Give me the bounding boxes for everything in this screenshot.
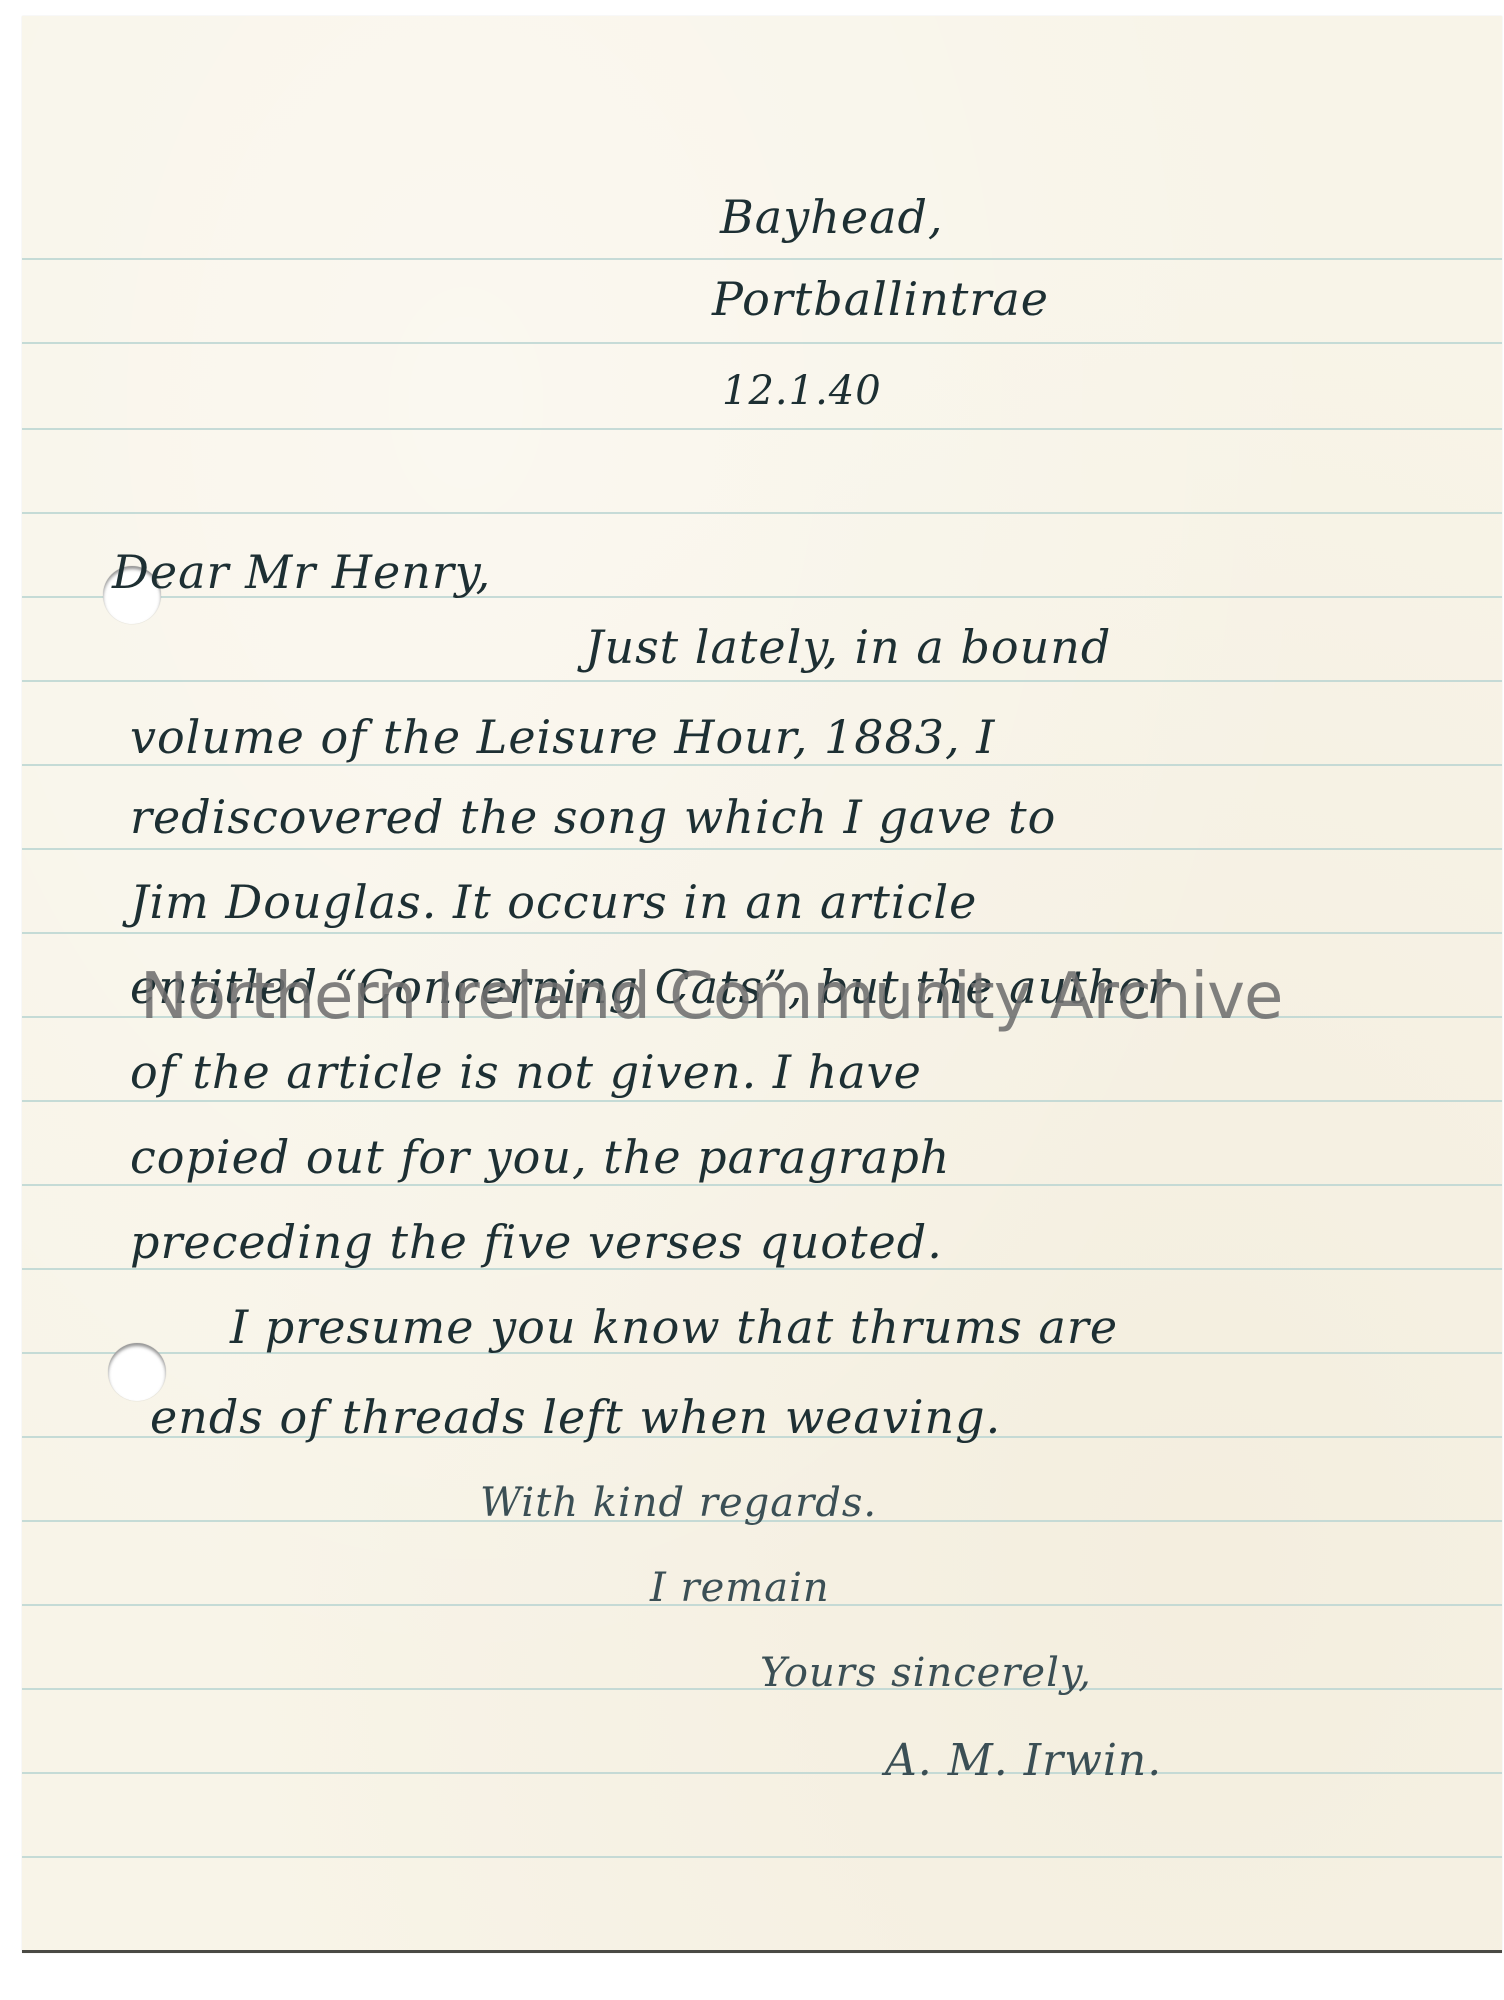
salutation: Dear Mr Henry, [112,545,491,599]
body-line: preceding the five verses quoted. [130,1215,943,1269]
closing-regards: With kind regards. [480,1480,877,1526]
address-line-1: Bayhead, [720,190,944,244]
body-line: rediscovered the song which I gave to [130,790,1056,844]
ruled-line [22,848,1502,850]
ruled-line [22,1856,1502,1858]
archive-watermark: Northern Ireland Community Archive [140,960,1282,1034]
letter-date: 12.1.40 [722,368,882,414]
body-line: of the article is not given. I have [130,1045,922,1099]
ruled-line [22,764,1502,766]
closing-remain: I remain [650,1565,830,1611]
closing-sincerely: Yours sincerely, [760,1650,1092,1696]
body-line: Just lately, in a bound [585,620,1111,674]
address-line-2: Portballintrae [712,272,1049,326]
body-line: I presume you know that thrums are [230,1300,1118,1354]
ruled-line [22,1184,1502,1186]
ruled-line [22,680,1502,682]
body-line: ends of threads left when weaving. [150,1390,1001,1444]
ruled-line [22,1100,1502,1102]
body-line: Jim Douglas. It occurs in an article [130,875,977,929]
ruled-line [22,512,1502,514]
ruled-line [22,258,1502,260]
signature: A. M. Irwin. [885,1735,1162,1786]
ruled-line [22,932,1502,934]
ruled-line [22,1772,1502,1774]
body-line: copied out for you, the paragraph [130,1130,950,1184]
ruled-line [22,428,1502,430]
body-line: volume of the Leisure Hour, 1883, I [130,710,995,764]
ruled-line [22,342,1502,344]
